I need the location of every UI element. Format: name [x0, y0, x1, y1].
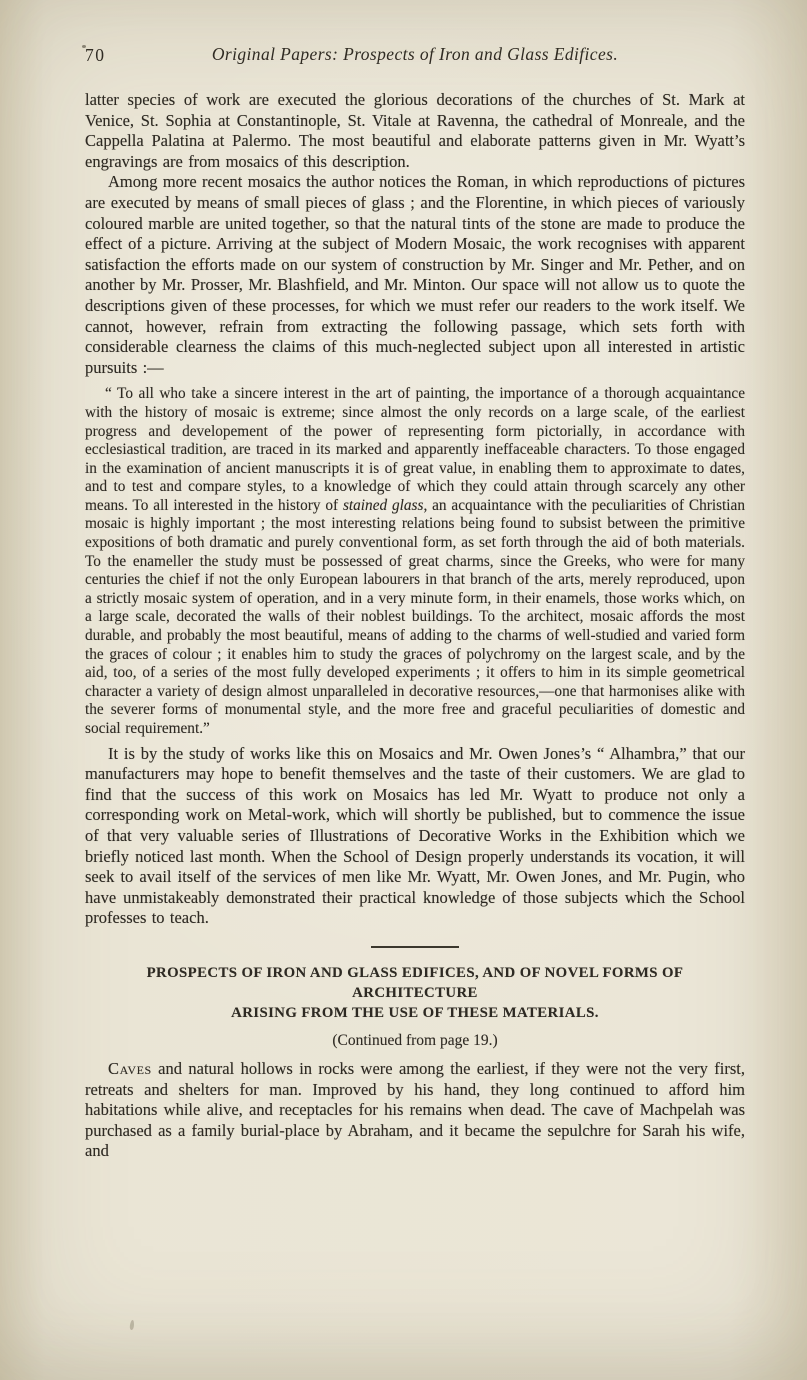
section-divider-rule	[371, 946, 459, 948]
page-body: latter species of work are executed the …	[85, 90, 745, 1162]
section-heading-line-2: ARISING FROM THE USE OF THESE MATERIALS.	[85, 1003, 745, 1023]
quote-text-end: , an acquaintance with the peculiarities…	[85, 497, 745, 737]
running-head: 70 Original Papers: Prospects of Iron an…	[85, 44, 745, 70]
continuation-note: (Continued from page 19.)	[85, 1032, 745, 1050]
page-number: 70	[85, 45, 106, 66]
paper-speck	[129, 1320, 134, 1330]
lead-word-small-caps: Caves	[108, 1059, 152, 1078]
section-opening-paragraph: Caves and natural hollows in rocks were …	[85, 1059, 745, 1162]
review-opening-paragraph: latter species of work are executed the …	[85, 90, 745, 172]
section-heading-line-1: PROSPECTS OF IRON AND GLASS EDIFICES, AN…	[85, 963, 745, 1003]
section-paragraph-text: and natural hollows in rocks were among …	[85, 1059, 745, 1160]
review-closing-paragraph: It is by the study of works like this on…	[85, 744, 745, 929]
section-heading: PROSPECTS OF IRON AND GLASS EDIFICES, AN…	[85, 963, 745, 1023]
running-title: Original Papers: Prospects of Iron and G…	[85, 44, 745, 65]
quoted-passage: “ To all who take a sincere interest in …	[85, 385, 745, 738]
italic-term: stained glass	[343, 497, 424, 514]
quote-text-start: “ To all who take a sincere interest in …	[85, 385, 745, 514]
scanned-book-page: 70 Original Papers: Prospects of Iron an…	[0, 0, 807, 1380]
review-paragraph: Among more recent mosaics the author not…	[85, 172, 745, 378]
